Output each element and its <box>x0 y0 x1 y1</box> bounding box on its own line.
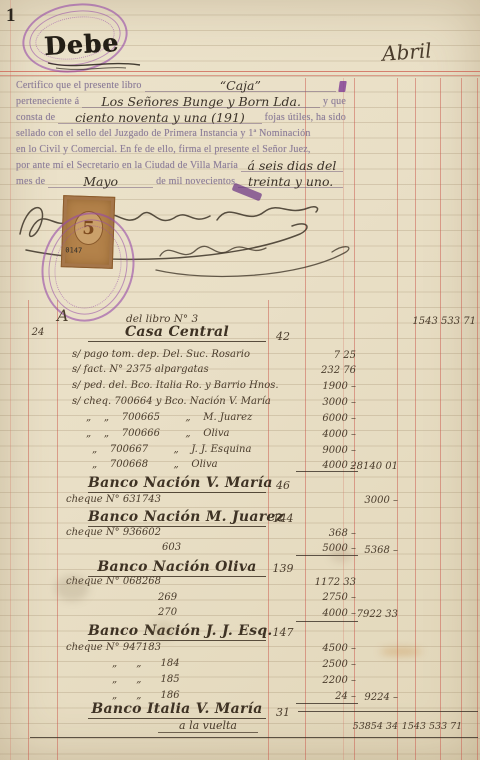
section-subtotal: 5368 – <box>348 545 398 556</box>
ledger-page: 1 Debe Abril Certifico que el presente l… <box>0 0 480 760</box>
column-rule <box>28 300 29 760</box>
entry-desc: s/ pago tom. dep. Del. Suc. Rosario <box>72 349 250 360</box>
entry-amount: 9000 – <box>296 445 356 456</box>
entry-desc: 269 <box>158 592 177 603</box>
certificate-text: consta de <box>16 112 55 124</box>
column-rule <box>397 78 398 760</box>
folio-number: 144 <box>264 512 302 525</box>
totals-rule <box>298 711 478 712</box>
certificate-text: fojas útiles, ha sido <box>265 112 346 124</box>
section-title: Banco Nación V. María <box>88 475 266 493</box>
entry-desc: s/ fact. N° 2375 alpargatas <box>72 364 209 375</box>
entry-desc: „ 700668 „ Oliva <box>92 459 218 470</box>
entry-desc: „ 700667 „ J. J. Esquina <box>92 444 251 455</box>
month-field: Mayo <box>48 176 153 188</box>
sum-rule <box>296 703 358 704</box>
section-subtotal: 9224 – <box>348 692 398 703</box>
column-rule <box>57 300 58 760</box>
section-title: Banco Nación Oliva <box>88 559 266 577</box>
certificate-text: Certifico que el presente libro <box>16 80 142 92</box>
page-number: 1 <box>6 5 16 27</box>
section-subtotal: 3000 – <box>348 495 398 506</box>
certificate-text: de mil novecientos <box>156 176 235 188</box>
year-field: treinta y uno. <box>238 176 343 188</box>
section-title: Banco Nación J. J. Esq. <box>88 623 266 641</box>
column-rule <box>461 78 462 760</box>
certificate-line-7: mes de Mayo de mil novecientos treinta y… <box>16 176 346 188</box>
certificate-text: y que <box>323 96 346 108</box>
sum-rule <box>296 621 358 622</box>
entry-desc: „ „ 184 <box>112 658 180 669</box>
day-number: 24 <box>26 327 50 338</box>
opening-initial: A <box>57 306 69 325</box>
page-total-col2: 53854 34 <box>348 721 398 732</box>
entry-amount: 7 25 <box>296 350 356 361</box>
entry-amount: 4500 – <box>296 643 356 654</box>
forward-balance: 1543 533 71 <box>404 316 476 327</box>
entry-amount: 232 76 <box>296 365 356 376</box>
entry-amount: 1172 33 <box>296 577 356 588</box>
bottom-rule <box>30 737 478 738</box>
entry-desc: „ „ 700665 „ M. Juarez <box>86 412 252 423</box>
certificate-text: por ante mí el Secretario en la Ciudad d… <box>16 160 238 172</box>
paper-stain <box>55 575 89 601</box>
entry-amount: 24 – <box>296 691 356 702</box>
purple-ink-mark <box>338 81 347 92</box>
certificate-line-4: sellado con el sello del Juzgado de Prim… <box>16 128 346 140</box>
entry-amount: 1900 – <box>296 381 356 392</box>
folio-number: 46 <box>264 479 302 492</box>
certificate-text: mes de <box>16 176 45 188</box>
certificate-line-1: Certifico que el presente libro “Caja” <box>16 80 346 92</box>
entry-amount: 6000 – <box>296 413 356 424</box>
section-title: Banco Nación M. Juarez <box>88 509 266 527</box>
entry-amount: 4000 – <box>296 608 356 619</box>
entry-amount: 3000 – <box>296 397 356 408</box>
folio-number: 42 <box>264 330 302 343</box>
carry-forward-label: a la vuelta <box>158 719 258 733</box>
debit-side-label: Debe <box>43 28 119 61</box>
month-label: Abril <box>381 38 432 65</box>
entry-desc: „ „ 185 <box>112 674 180 685</box>
column-rule <box>415 78 416 760</box>
entry-desc: s/ ped. del. Bco. Italia Ro. y Barrio Hn… <box>72 380 279 391</box>
folio-number: 31 <box>264 706 302 719</box>
entry-desc: cheque N° 631743 <box>66 494 161 505</box>
entry-amount: 4000 – <box>296 460 356 471</box>
book-name-field: “Caja” <box>145 80 336 92</box>
section-title: Casa Central <box>88 324 266 342</box>
day-field: á seis dias del <box>241 160 343 172</box>
certificate-line-3: consta de ciento noventa y una (191) foj… <box>16 112 346 124</box>
section-subtotal: 28140 01 <box>348 461 398 472</box>
entry-desc: cheque N° 947183 <box>66 642 161 653</box>
entry-desc: s/ cheq. 700664 y Bco. Nación V. María <box>72 396 271 407</box>
entry-desc: 270 <box>158 607 177 618</box>
certificate-line-6: por ante mí el Secretario en la Ciudad d… <box>16 160 346 172</box>
page-total-col3: 1543 533 71 <box>394 721 470 732</box>
entry-desc: „ „ 186 <box>112 690 180 701</box>
entry-desc: 603 <box>162 542 181 553</box>
section-subtotal: 7922 33 <box>348 609 398 620</box>
folio-count-field: ciento noventa y una (191) <box>58 112 261 124</box>
margin-rule <box>10 0 11 760</box>
certificate-text: sellado con el sello del Juzgado de Prim… <box>16 128 311 140</box>
entry-amount: 2500 – <box>296 659 356 670</box>
certificate-line-5: en lo Civil y Comercial. En fe de ello, … <box>16 144 346 156</box>
entry-desc: „ „ 700666 „ Oliva <box>86 428 230 439</box>
entry-amount: 2200 – <box>296 675 356 686</box>
certificate-text: en lo Civil y Comercial. En fe de ello, … <box>16 144 311 156</box>
paper-stain <box>380 648 422 655</box>
entry-amount: 2750 – <box>296 592 356 603</box>
column-rule <box>268 300 269 760</box>
column-rule <box>477 78 478 760</box>
section-title: Banco Italia V. María <box>88 701 266 719</box>
column-rule <box>440 78 441 760</box>
secretary-signature <box>150 236 360 284</box>
entry-desc: cheque N° 936602 <box>66 527 161 538</box>
folio-number: 147 <box>264 626 302 639</box>
debe-underline-flourish <box>46 58 142 72</box>
certificate-text: perteneciente á <box>16 96 79 108</box>
paper-stain <box>150 620 176 640</box>
folio-number: 139 <box>264 562 302 575</box>
owner-name-field: Los Señores Bunge y Born Lda. <box>82 96 320 108</box>
certificate-line-2: perteneciente á Los Señores Bunge y Born… <box>16 96 346 108</box>
header-rule <box>0 75 480 76</box>
entry-amount: 4000 – <box>296 429 356 440</box>
entry-amount: 368 – <box>296 528 356 539</box>
paper-stain <box>330 545 352 563</box>
